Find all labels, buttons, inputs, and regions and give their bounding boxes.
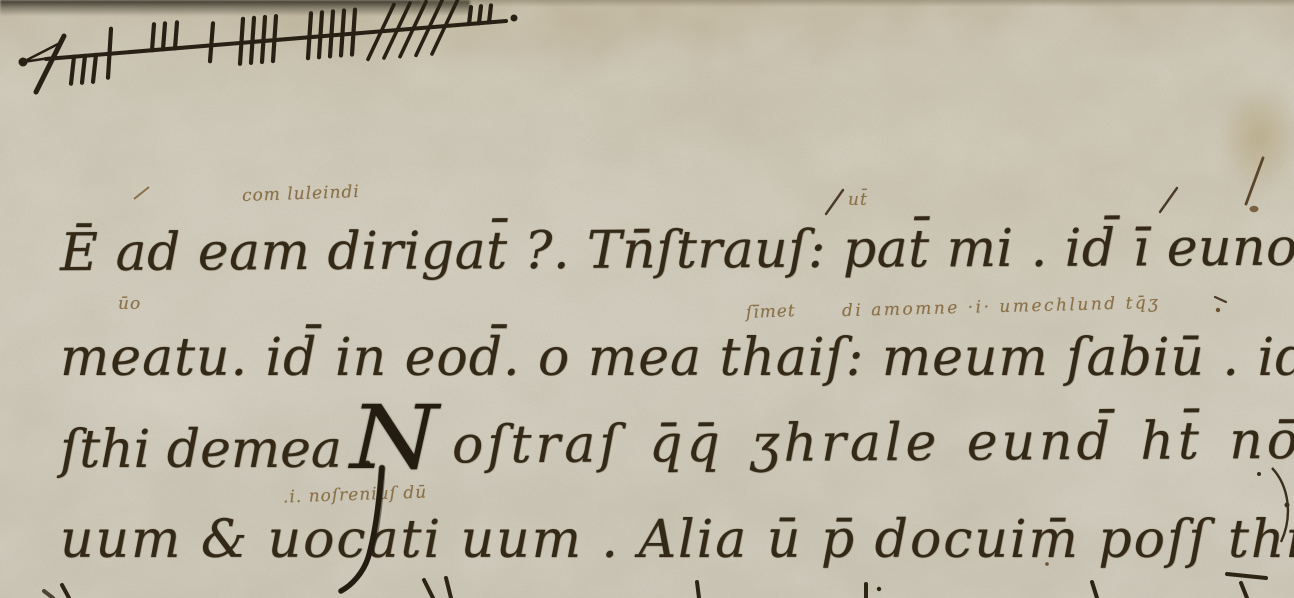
marginal-dot bbox=[1285, 503, 1290, 508]
accent-stroke bbox=[826, 190, 843, 214]
ogham-stemline bbox=[46, 21, 506, 59]
ogham-stroke-cross bbox=[330, 11, 333, 56]
partial-letter-strokes bbox=[44, 574, 1266, 598]
text-line-1: Ē ad eam dirigat̄ ?. Tn̄ſtrauſ: pat̄ mi … bbox=[60, 221, 1294, 279]
ogham-stroke-cross bbox=[262, 17, 265, 62]
parchment-top-edge bbox=[0, 0, 470, 16]
ogham-dot bbox=[19, 58, 28, 67]
large-initial-N: N bbox=[350, 394, 439, 482]
ogham-stroke-above bbox=[163, 23, 165, 49]
ink-blob bbox=[1250, 206, 1259, 212]
ogham-stroke-below bbox=[82, 56, 85, 83]
parchment-stain bbox=[1214, 78, 1294, 198]
ogham-stroke-cross bbox=[251, 18, 254, 63]
interlinear-gloss: com luleindi bbox=[242, 184, 360, 205]
gloss-dot bbox=[1216, 308, 1220, 312]
parchment-top-edge-right bbox=[420, 0, 1294, 7]
ogham-stroke-cross bbox=[240, 19, 243, 64]
interlinear-gloss: ſīmet bbox=[746, 303, 796, 322]
accent-stroke bbox=[1160, 188, 1177, 212]
ogham-stroke-cross bbox=[210, 23, 213, 61]
ogham-stroke-cross bbox=[308, 13, 311, 58]
ogham-stroke-below bbox=[71, 57, 74, 84]
text-line-3-left: ſthi demea . bbox=[60, 424, 375, 476]
ogham-feather-mark bbox=[36, 36, 64, 92]
ogham-stroke-cross bbox=[273, 16, 276, 61]
ogham-stroke-above bbox=[152, 24, 154, 50]
ogham-stroke-above bbox=[479, 6, 481, 23]
partial-dot bbox=[877, 587, 881, 591]
marginal-dot bbox=[1257, 472, 1261, 476]
interlinear-gloss: ut̄ bbox=[848, 192, 868, 209]
ogham-stroke-cross bbox=[352, 10, 355, 55]
ogham-stroke-cross bbox=[341, 10, 344, 55]
parchment-stain bbox=[560, 70, 880, 160]
pen-flick-mark bbox=[134, 187, 149, 199]
ogham-dot bbox=[511, 15, 518, 22]
interlinear-gloss: di amomne ·i· umechlund tq̄ʒ bbox=[842, 295, 1161, 320]
ogham-stroke-cross bbox=[319, 12, 322, 57]
manuscript-page: com luleindi ut̄ ūo ſīmet di amomne ·i· … bbox=[0, 0, 1294, 598]
ogham-feather-mark bbox=[23, 44, 58, 62]
ogham-stroke-above bbox=[489, 5, 491, 22]
text-line-3-right: oſtraſ q̄q̄ ʒhrale eund̄ ht̄ nōta bbox=[452, 415, 1294, 472]
ogham-stroke-above bbox=[175, 22, 177, 48]
ogham-stroke-below bbox=[93, 55, 96, 82]
accent-stroke bbox=[1215, 297, 1226, 302]
text-line-2: meatu. id̄ in eod̄. o mea thaiſ: meum ſa… bbox=[60, 332, 1294, 384]
text-line-4: uum & uocati uum . Alia ū p̄ docuim̄ poſ… bbox=[60, 514, 1294, 566]
interlinear-gloss: ūo bbox=[118, 296, 141, 313]
ogham-stroke-cross bbox=[108, 29, 111, 78]
ogham-feather-mark bbox=[23, 57, 56, 62]
